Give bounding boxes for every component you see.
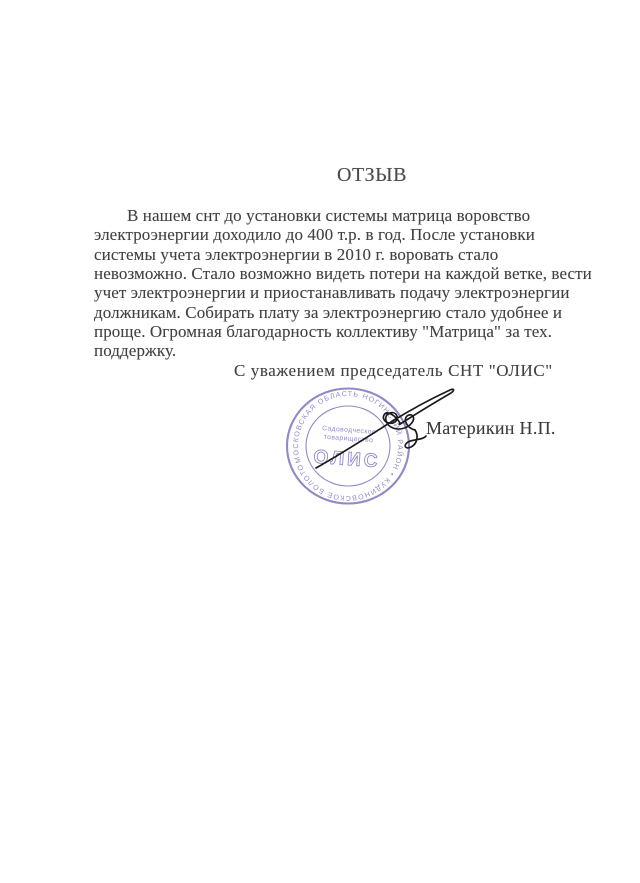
paragraph-line: проще. Огромная благодарность коллективу… bbox=[94, 322, 604, 341]
paragraph-line: поддержку. bbox=[94, 341, 604, 360]
paragraph-line: учет электроэнергии и приостанавливать п… bbox=[94, 283, 604, 302]
signature-loops bbox=[383, 413, 415, 430]
scanned-letter-page: ОТЗЫВ В нашем снт до установки системы м… bbox=[0, 0, 640, 883]
closing-line: С уважением председатель СНТ "ОЛИС" bbox=[234, 361, 604, 380]
paragraph-line: должникам. Собирать плату за электроэнер… bbox=[94, 303, 604, 322]
paragraph-line: невозможно. Стало возможно видеть потери… bbox=[94, 264, 604, 283]
signatory-name: Материкин Н.П. bbox=[426, 418, 556, 439]
paragraph-line: электроэнергии доходило до 400 т.р. в го… bbox=[94, 225, 604, 244]
paragraph-line: В нашем снт до установки системы матрица… bbox=[94, 206, 604, 225]
paragraph-line: системы учета электроэнергии в 2010 г. в… bbox=[94, 245, 604, 264]
signature-tail-hook bbox=[405, 430, 426, 448]
letter-body: В нашем снт до установки системы матрица… bbox=[94, 206, 604, 380]
document-title: ОТЗЫВ bbox=[337, 164, 407, 187]
